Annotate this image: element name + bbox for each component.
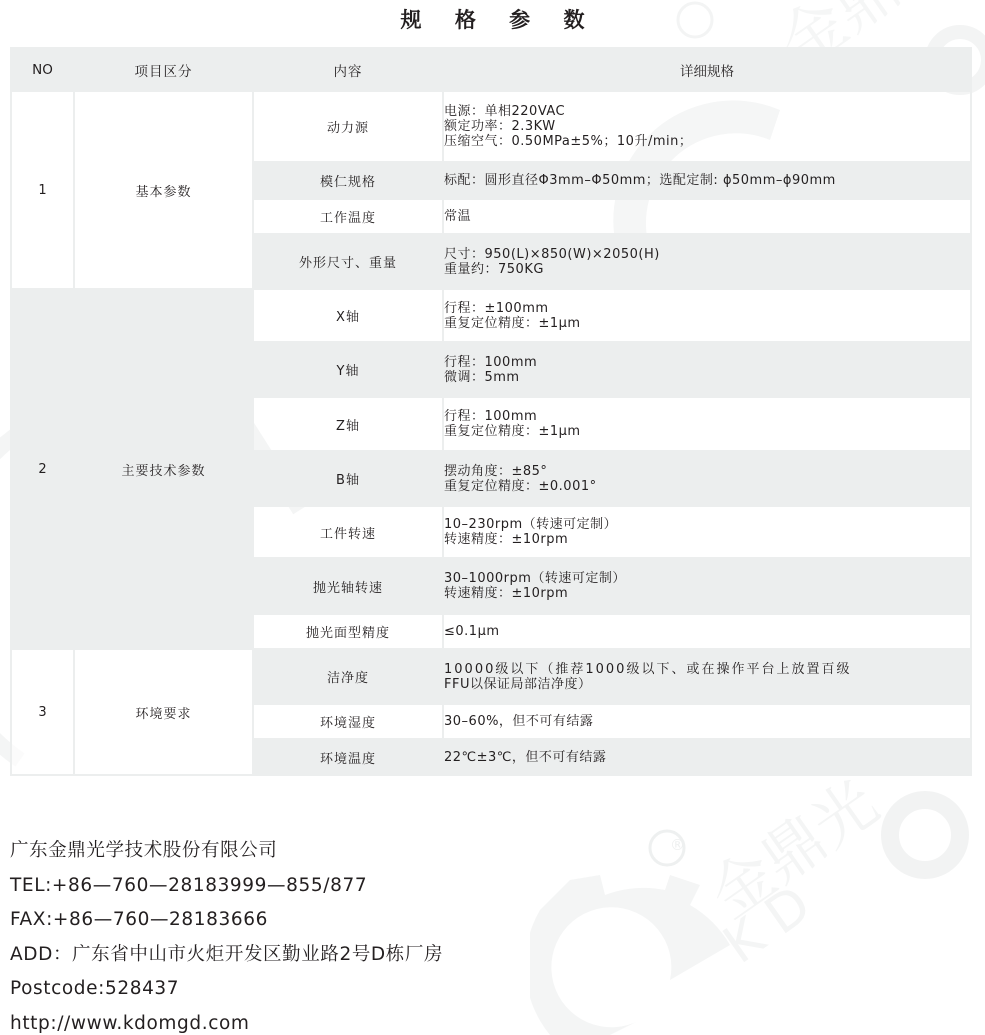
row-detail: 电源：单相220VAC 额定功率：2.3KW 压缩空气：0.50MPa±5%；1… [443,91,971,162]
detail-line: 30–60%，但不可有结露 [444,714,970,729]
svg-text:®: ® [670,836,685,854]
svg-text:金鼎光: 金鼎光 [697,780,891,932]
row-item: Z轴 [253,397,443,451]
table-header-row: NO 项目区分 内容 详细规格 [11,48,971,91]
detail-line: 重复定位精度：±1μm [444,316,970,331]
row-item: B轴 [253,451,443,506]
detail-line: 重复定位精度：±0.001° [444,479,970,494]
section-category: 主要技术参数 [74,289,253,649]
row-item: 抛光轴转速 [253,558,443,614]
section-category: 基本参数 [74,91,253,289]
table-row: 3 环境要求 洁净度 10000级以下（推荐1000级以下、或在操作平台上放置百… [11,649,971,704]
header-no: NO [11,48,74,91]
table-row: 2 主要技术参数 X轴 行程：±100mm 重复定位精度：±1μm [11,289,971,342]
detail-line: 摆动角度：±85° [444,464,970,479]
company-contact-block: 广东金鼎光学技术股份有限公司 TEL:+86—760—28183999—855/… [10,834,443,1035]
address: ADD：广东省中山市火炬开发区勤业路2号D栋厂房 [10,938,443,973]
company-name: 广东金鼎光学技术股份有限公司 [10,834,443,869]
detail-line: 转速精度：±10rpm [444,532,970,547]
fax: FAX:+86—760—28183666 [10,903,443,938]
header-item: 内容 [253,48,443,91]
row-detail: 行程：100mm 微调：5mm [443,342,971,397]
row-item: 模仁规格 [253,162,443,199]
header-detail: 详细规格 [443,48,971,91]
detail-line: 微调：5mm [444,370,970,385]
detail-line: 10000级以下（推荐1000级以下、或在操作平台上放置百级 [444,662,970,677]
row-item: Y轴 [253,342,443,397]
detail-line: 行程：100mm [444,355,970,370]
detail-line: 重量约：750KG [444,262,970,277]
row-detail: ≤0.1μm [443,614,971,649]
detail-line: 行程：±100mm [444,301,970,316]
detail-line: 尺寸：950(L)×850(W)×2050(H) [444,247,970,262]
row-detail: 10–230rpm（转速可定制） 转速精度：±10rpm [443,506,971,558]
row-detail: 30–1000rpm（转速可定制） 转速精度：±10rpm [443,558,971,614]
row-detail: 30–60%，但不可有结露 [443,704,971,739]
row-detail: 摆动角度：±85° 重复定位精度：±0.001° [443,451,971,506]
row-item: 工件转速 [253,506,443,558]
row-item: 环境湿度 [253,704,443,739]
detail-line: 转速精度：±10rpm [444,586,970,601]
row-detail: 常温 [443,199,971,234]
row-detail: 行程：100mm 重复定位精度：±1μm [443,397,971,451]
detail-line: 22℃±3℃，但不可有结露 [444,750,970,765]
header-category: 项目区分 [74,48,253,91]
detail-line: 压缩空气：0.50MPa±5%；10升/min； [444,134,970,149]
detail-line: ≤0.1μm [444,624,970,639]
detail-line: 30–1000rpm（转速可定制） [444,571,970,586]
telephone: TEL:+86—760—28183999—855/877 [10,869,443,904]
website-link[interactable]: http://www.kdomgd.com [10,1007,443,1035]
postcode: Postcode:528437 [10,972,443,1007]
detail-line: 电源：单相220VAC [444,104,970,119]
row-detail: 行程：±100mm 重复定位精度：±1μm [443,289,971,342]
row-detail: 标配：圆形直径Φ3mm–Φ50mm；选配定制: ϕ50mm–ϕ90mm [443,162,971,199]
detail-line: 重复定位精度：±1μm [444,424,970,439]
spec-table: NO 项目区分 内容 详细规格 1 基本参数 动力源 电源：单相220VAC 额… [10,47,972,776]
svg-text:K D: K D [713,874,822,975]
row-item: 工作温度 [253,199,443,234]
section-category: 环境要求 [74,649,253,775]
section-no: 2 [11,289,74,649]
detail-line: 10–230rpm（转速可定制） [444,517,970,532]
row-item: X轴 [253,289,443,342]
detail-line: 标配：圆形直径Φ3mm–Φ50mm；选配定制: ϕ50mm–ϕ90mm [444,173,970,188]
page-title: 规 格 参 数 [0,4,985,34]
detail-line: FFU以保证局部洁净度） [444,677,970,692]
section-no: 1 [11,91,74,289]
row-detail: 10000级以下（推荐1000级以下、或在操作平台上放置百级 FFU以保证局部洁… [443,649,971,704]
row-item: 洁净度 [253,649,443,704]
watermark-logo-bottom-right: ® 金鼎光 K D [530,780,985,1035]
row-detail: 尺寸：950(L)×850(W)×2050(H) 重量约：750KG [443,234,971,289]
detail-line: 行程：100mm [444,409,970,424]
row-item: 外形尺寸、重量 [253,234,443,289]
section-no: 3 [11,649,74,775]
detail-line: 常温 [444,209,970,224]
detail-line: 额定功率：2.3KW [444,119,970,134]
table-row: 1 基本参数 动力源 电源：单相220VAC 额定功率：2.3KW 压缩空气：0… [11,91,971,162]
row-item: 抛光面型精度 [253,614,443,649]
row-detail: 22℃±3℃，但不可有结露 [443,739,971,775]
row-item: 动力源 [253,91,443,162]
row-item: 环境温度 [253,739,443,775]
